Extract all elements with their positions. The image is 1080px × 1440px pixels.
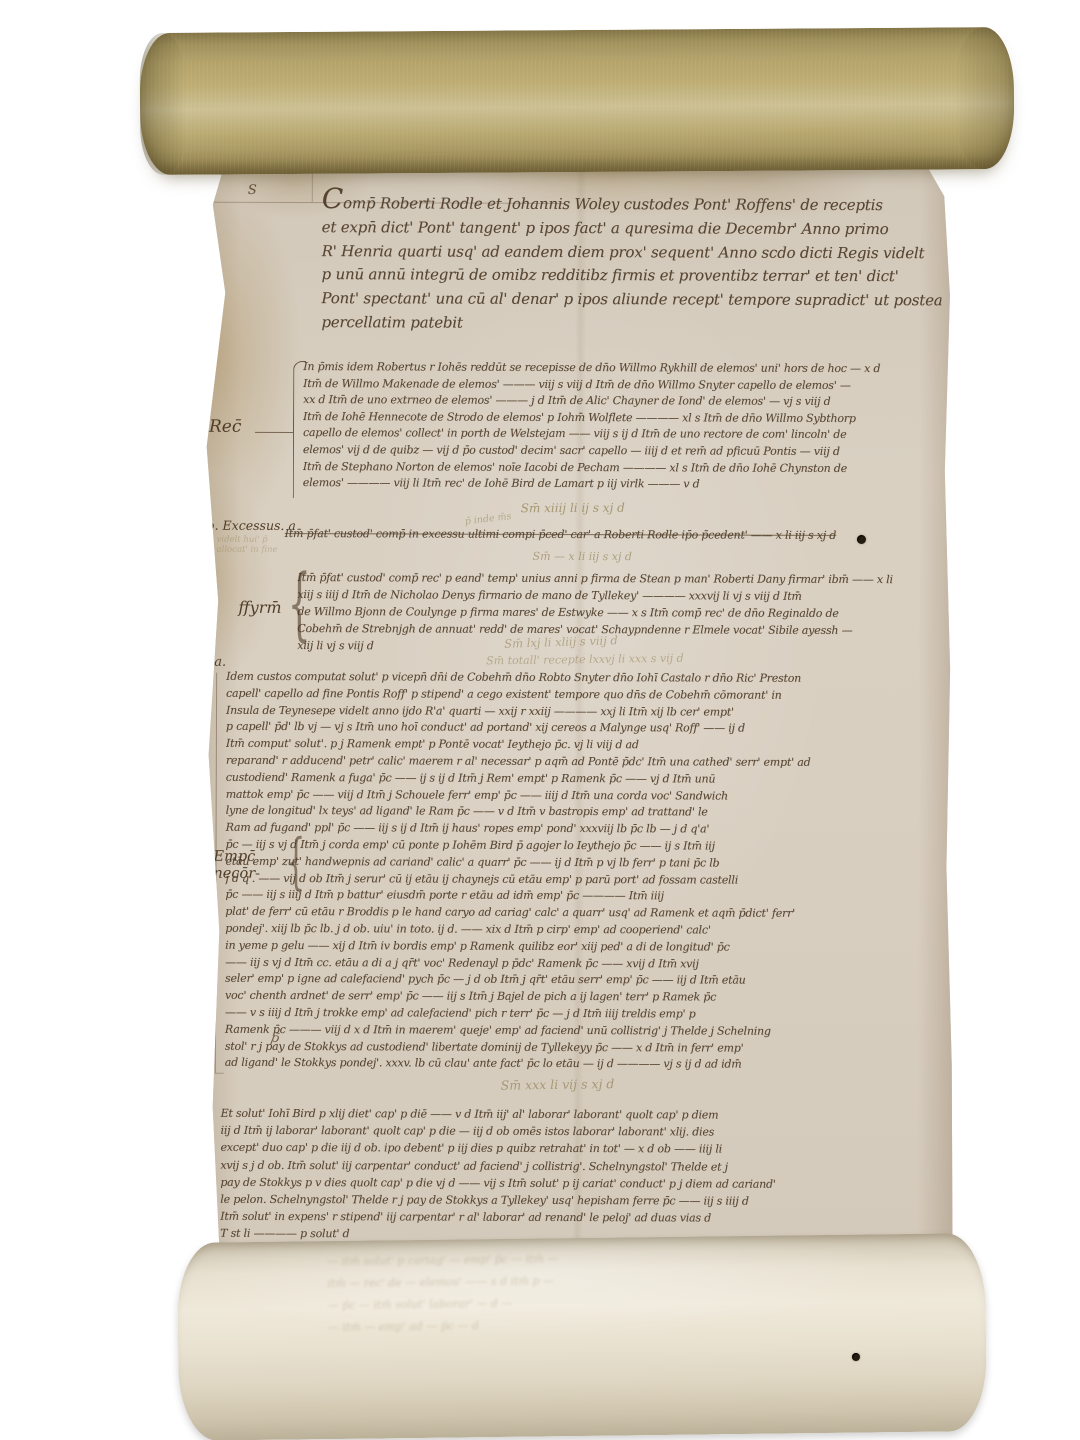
sum-note-grand-total: Sm̄ totall' recepte lxxvj li xxx s vij d bbox=[486, 652, 684, 668]
manuscript-line: In p̄mis idem Robertus r Iohēs reddūt se… bbox=[303, 359, 927, 378]
margin-connector-line bbox=[255, 432, 293, 433]
manuscript-line: videlt hui' p̄ bbox=[217, 535, 278, 545]
manuscript-line: percellatim patebit bbox=[321, 311, 941, 337]
manuscript-line: pondej'. xiij lb p̄c lb. j d ob. uiu' in… bbox=[225, 921, 939, 940]
manuscript-line: custodiend' Ramenk a fuga' p̄c —— ij s i… bbox=[226, 770, 940, 789]
receipts-paragraph: In p̄mis idem Robertus r Iohēs reddūt se… bbox=[303, 359, 927, 494]
parchment-sheet: S Comp̄ Roberti Rodle et Johannis Woley … bbox=[200, 161, 958, 1264]
manuscript-line: Pont' spectant' una cū al' denar' p ipos… bbox=[321, 287, 941, 313]
manuscript-line: —— v s iiij d Itm̄ j trokke emp' ad cale… bbox=[225, 1005, 939, 1024]
manuscript-line: Itm̄ p̄fat' custod' comp̄ rec' p eand' t… bbox=[297, 569, 927, 588]
expenses-sum-note: Sm̄ xxx li vij s xj d bbox=[501, 1076, 615, 1093]
manuscript-line: xiij s iiij d Itm̄ de Nicholao Denys fir… bbox=[297, 586, 927, 605]
manuscript-line: elemos' ———— viij li Itm̄ rec' de Iohē B… bbox=[303, 475, 927, 494]
manuscript-line: p unū annū integrū de omibz redditibz fi… bbox=[321, 263, 941, 289]
parchment-hole bbox=[857, 535, 866, 544]
manuscript-line: Comp̄ Roberti Rodle et Johannis Woley cu… bbox=[322, 187, 942, 218]
excessus-cancelled-line: Itm̄ p̄fat' custod' comp̄ in excessu ult… bbox=[285, 527, 929, 542]
manuscript-line: except' duo cap' p die iij d ob. ipo deb… bbox=[220, 1139, 936, 1159]
margin-label-a: .a. bbox=[210, 655, 226, 670]
manuscript-line: capell' capello ad fine Pontis Roff' p s… bbox=[226, 686, 940, 705]
show-through-text: — itm̄ solut' p cariag' — emp' p̄c — itm… bbox=[327, 1244, 948, 1340]
manuscript-line: et expn̄ dict' Pont' tangent' p ipos fac… bbox=[322, 216, 942, 242]
manuscript-line: p̄c — iij s vj d Itm̄ j corda emp' cū po… bbox=[226, 837, 940, 856]
manuscript-line: in yeme p gelu —— xij d Itm̄ iv bordis e… bbox=[225, 938, 939, 957]
manuscript-line: etāu emp' zut' handwepnis ad cariand' ca… bbox=[225, 854, 939, 873]
scroll-top-roll bbox=[140, 27, 1015, 175]
photograph-of-parchment-roll: S Comp̄ Roberti Rodle et Johannis Woley … bbox=[0, 0, 1080, 1440]
parchment-hole bbox=[852, 1353, 860, 1361]
manuscript-line: xvij s j d ob. Itm̄ solut' iij carpentar… bbox=[220, 1156, 936, 1176]
receipts-sum-note: Sm̄ xiiij li ij s xj d bbox=[521, 501, 625, 516]
manuscript-line: xx d Itm̄ de uno extrneo de elemos' ——— … bbox=[303, 392, 927, 411]
manuscript-line: R' Henria quarti usq' ad eandem diem pro… bbox=[322, 240, 942, 266]
excessus-sum-note: Sm̄ — x li iij s xj d bbox=[533, 550, 632, 563]
manuscript-line: de Willmo Bjonn de Coulynge p firma mare… bbox=[297, 603, 927, 622]
manuscript-line: allocat' in fine bbox=[217, 545, 278, 555]
manuscript-line: elemos' vij d de quibz — vij d p̄o custo… bbox=[303, 442, 927, 461]
manuscript-line: Ramenk p̄c ——— viij d x d Itm̄ in maerem… bbox=[225, 1022, 939, 1041]
wages-paragraph: Et solut' Iohī Bird p xlij diet' cap' p … bbox=[220, 1105, 936, 1245]
scroll-bottom-roll: — itm̄ solut' p cariag' — emp' p̄c — itm… bbox=[177, 1233, 987, 1440]
margin-label-excessus: .b. Excessus. a bbox=[203, 518, 296, 533]
margin-excessus-subnotes: videlt hui' p̄ allocat' in fine bbox=[217, 535, 278, 555]
margin-label-ffirma: ffyrm̄ bbox=[238, 598, 281, 617]
corner-mark: S bbox=[248, 183, 257, 198]
heading-paragraph: Comp̄ Roberti Rodle et Johannis Woley cu… bbox=[321, 187, 942, 337]
manuscript-line: ad ligand' le Stokkys pondej'. xxxv. lb … bbox=[225, 1055, 939, 1074]
receipts-small-note: p̄ inde m̄s bbox=[464, 511, 512, 527]
margin-label-receipts: Rec̄ bbox=[209, 417, 241, 437]
expenses-paragraph: Idem custos computat solut' p vicepn̄ dn… bbox=[225, 669, 940, 1075]
